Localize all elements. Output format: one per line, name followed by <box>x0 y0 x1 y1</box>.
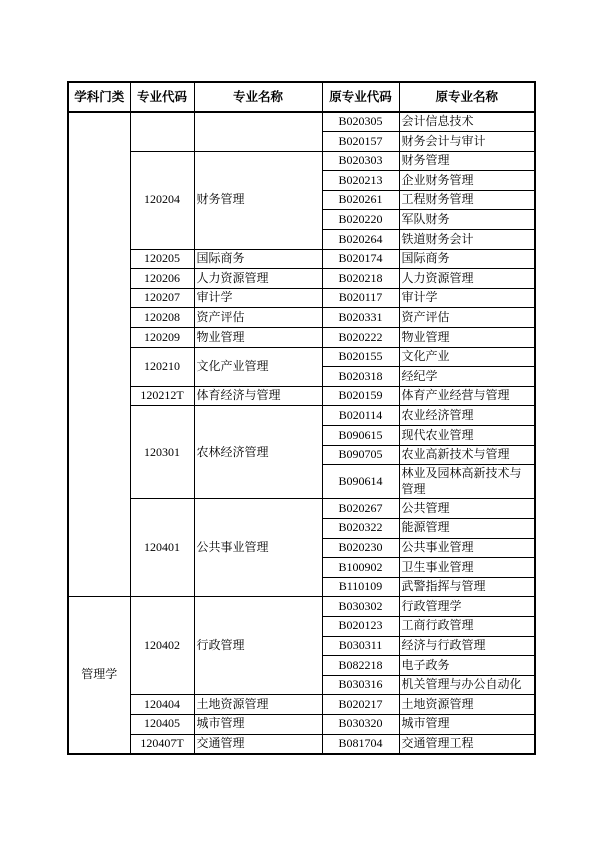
major-name-cell: 人力资源管理 <box>194 269 322 289</box>
origin-name-cell: 公共事业管理 <box>399 538 535 558</box>
major-name-cell: 土地资源管理 <box>194 695 322 715</box>
origin-name-cell: 国际商务 <box>399 249 535 269</box>
origin-code-cell: B020267 <box>322 499 399 519</box>
origin-name-cell: 工程财务管理 <box>399 190 535 210</box>
origin-name-cell: 经纪学 <box>399 367 535 387</box>
table-row: 120401公共事业管理B020267公共管理 <box>68 499 535 519</box>
table-row: 120210文化产业管理B020155文化产业 <box>68 347 535 367</box>
origin-code-cell: B030316 <box>322 675 399 695</box>
origin-code-cell: B020157 <box>322 132 399 152</box>
origin-code-cell: B090705 <box>322 445 399 465</box>
origin-code-cell: B020123 <box>322 616 399 636</box>
major-name-cell: 交通管理 <box>194 734 322 754</box>
origin-name-cell: 交通管理工程 <box>399 734 535 754</box>
major-name-cell: 农林经济管理 <box>194 406 322 499</box>
origin-code-cell: B020213 <box>322 171 399 191</box>
origin-code-cell: B020322 <box>322 518 399 538</box>
origin-code-cell: B020305 <box>322 112 399 132</box>
major-code-cell: 120208 <box>130 308 194 328</box>
origin-code-cell: B020264 <box>322 230 399 250</box>
origin-code-cell: B020117 <box>322 288 399 308</box>
origin-name-cell: 现代农业管理 <box>399 426 535 446</box>
origin-name-cell: 机关管理与办公自动化 <box>399 675 535 695</box>
major-name-cell: 公共事业管理 <box>194 499 322 597</box>
origin-name-cell: 林业及园林高新技术与管理 <box>399 465 535 499</box>
major-code-cell: 120204 <box>130 151 194 249</box>
origin-name-cell: 经济与行政管理 <box>399 636 535 656</box>
major-name-cell: 财务管理 <box>194 151 322 249</box>
origin-name-cell: 会计信息技术 <box>399 112 535 132</box>
origin-name-cell: 电子政务 <box>399 656 535 676</box>
origin-name-cell: 人力资源管理 <box>399 269 535 289</box>
origin-name-cell: 能源管理 <box>399 518 535 538</box>
origin-name-cell: 企业财务管理 <box>399 171 535 191</box>
major-code-cell: 120405 <box>130 714 194 734</box>
origin-code-cell: B030311 <box>322 636 399 656</box>
origin-code-cell: B020174 <box>322 249 399 269</box>
table-row: 管理学120402行政管理B030302行政管理学 <box>68 597 535 617</box>
origin-name-cell: 卫生事业管理 <box>399 558 535 578</box>
header-cell-origin-name: 原专业名称 <box>399 82 535 112</box>
origin-code-cell: B020155 <box>322 347 399 367</box>
table-row: 120405城市管理B030320城市管理 <box>68 714 535 734</box>
major-code-cell: 120401 <box>130 499 194 597</box>
origin-name-cell: 土地资源管理 <box>399 695 535 715</box>
header-cell-category: 学科门类 <box>68 82 130 112</box>
origin-name-cell: 铁道财务会计 <box>399 230 535 250</box>
major-name-cell: 物业管理 <box>194 328 322 348</box>
major-name-cell: 城市管理 <box>194 714 322 734</box>
origin-name-cell: 公共管理 <box>399 499 535 519</box>
category-cell: 管理学 <box>68 597 130 754</box>
origin-code-cell: B020159 <box>322 386 399 406</box>
major-name-cell: 审计学 <box>194 288 322 308</box>
origin-name-cell: 城市管理 <box>399 714 535 734</box>
origin-name-cell: 农业经济管理 <box>399 406 535 426</box>
table-row: 120204财务管理B020303财务管理 <box>68 151 535 171</box>
major-code-cell: 120407T <box>130 734 194 754</box>
table-row: 120205国际商务B020174国际商务 <box>68 249 535 269</box>
major-code-cell: 120404 <box>130 695 194 715</box>
major-code-cell: 120205 <box>130 249 194 269</box>
major-name-cell: 行政管理 <box>194 597 322 695</box>
table-row: 120301农林经济管理B020114农业经济管理 <box>68 406 535 426</box>
table-row: 120208资产评估B020331资产评估 <box>68 308 535 328</box>
major-name-cell: 体育经济与管理 <box>194 386 322 406</box>
origin-code-cell: B020222 <box>322 328 399 348</box>
major-code-cell: 120209 <box>130 328 194 348</box>
origin-code-cell: B020261 <box>322 190 399 210</box>
origin-name-cell: 体育产业经营与管理 <box>399 386 535 406</box>
origin-name-cell: 财务管理 <box>399 151 535 171</box>
table-row: 120404土地资源管理B020217土地资源管理 <box>68 695 535 715</box>
origin-code-cell: B020303 <box>322 151 399 171</box>
table-body: B020305会计信息技术B020157财务会计与审计120204财务管理B02… <box>68 112 535 754</box>
header-row: 学科门类 专业代码 专业名称 原专业代码 原专业名称 <box>68 82 535 112</box>
origin-code-cell: B020220 <box>322 210 399 230</box>
origin-code-cell: B030302 <box>322 597 399 617</box>
origin-name-cell: 军队财务 <box>399 210 535 230</box>
major-name-cell: 资产评估 <box>194 308 322 328</box>
table-row: 120212T体育经济与管理B020159体育产业经营与管理 <box>68 386 535 406</box>
origin-name-cell: 资产评估 <box>399 308 535 328</box>
origin-name-cell: 武警指挥与管理 <box>399 577 535 597</box>
origin-code-cell: B090614 <box>322 465 399 499</box>
origin-name-cell: 物业管理 <box>399 328 535 348</box>
origin-name-cell: 审计学 <box>399 288 535 308</box>
major-name-cell: 国际商务 <box>194 249 322 269</box>
header-cell-major-name: 专业名称 <box>194 82 322 112</box>
major-name-cell <box>194 112 322 151</box>
table-header: 学科门类 专业代码 专业名称 原专业代码 原专业名称 <box>68 82 535 112</box>
origin-name-cell: 财务会计与审计 <box>399 132 535 152</box>
origin-name-cell: 农业高新技术与管理 <box>399 445 535 465</box>
major-code-cell: 120212T <box>130 386 194 406</box>
document-page: 学科门类 专业代码 专业名称 原专业代码 原专业名称 B020305会计信息技术… <box>0 0 595 841</box>
table-row: B020305会计信息技术 <box>68 112 535 132</box>
origin-code-cell: B082218 <box>322 656 399 676</box>
major-name-cell: 文化产业管理 <box>194 347 322 386</box>
origin-code-cell: B020218 <box>322 269 399 289</box>
origin-code-cell: B020230 <box>322 538 399 558</box>
origin-code-cell: B081704 <box>322 734 399 754</box>
category-cell <box>68 112 130 597</box>
origin-code-cell: B020318 <box>322 367 399 387</box>
table-row: 120207审计学B020117审计学 <box>68 288 535 308</box>
major-code-cell: 120207 <box>130 288 194 308</box>
origin-name-cell: 行政管理学 <box>399 597 535 617</box>
table-row: 120407T交通管理B081704交通管理工程 <box>68 734 535 754</box>
origin-code-cell: B030320 <box>322 714 399 734</box>
major-code-cell: 120301 <box>130 406 194 499</box>
origin-name-cell: 工商行政管理 <box>399 616 535 636</box>
table-row: 120206人力资源管理B020218人力资源管理 <box>68 269 535 289</box>
origin-code-cell: B090615 <box>322 426 399 446</box>
origin-code-cell: B020114 <box>322 406 399 426</box>
origin-code-cell: B020217 <box>322 695 399 715</box>
origin-code-cell: B100902 <box>322 558 399 578</box>
header-cell-major-code: 专业代码 <box>130 82 194 112</box>
major-code-table: 学科门类 专业代码 专业名称 原专业代码 原专业名称 B020305会计信息技术… <box>67 81 536 755</box>
header-cell-origin-code: 原专业代码 <box>322 82 399 112</box>
origin-name-cell: 文化产业 <box>399 347 535 367</box>
major-code-cell: 120210 <box>130 347 194 386</box>
major-code-cell <box>130 112 194 151</box>
table-row: 120209物业管理B020222物业管理 <box>68 328 535 348</box>
major-code-cell: 120206 <box>130 269 194 289</box>
origin-code-cell: B110109 <box>322 577 399 597</box>
major-code-cell: 120402 <box>130 597 194 695</box>
origin-code-cell: B020331 <box>322 308 399 328</box>
